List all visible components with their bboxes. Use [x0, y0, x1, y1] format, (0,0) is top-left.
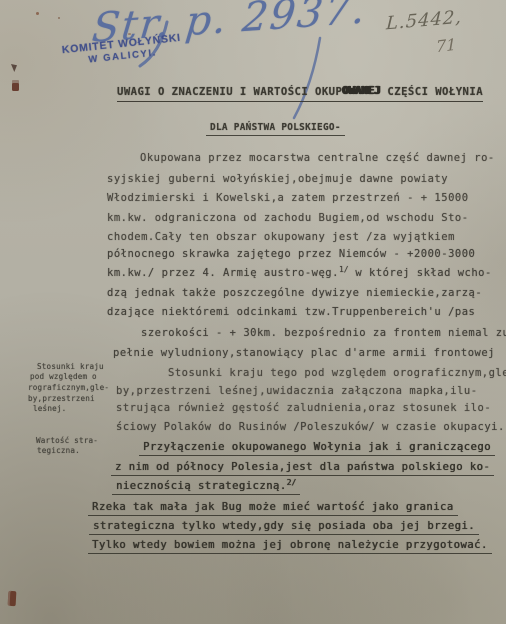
footnote-ref-1: 1/: [339, 265, 349, 274]
margin-note-terrain: rograficznym,gle-: [28, 383, 109, 392]
paper-speck: [128, 33, 131, 35]
archive-mark: [12, 80, 19, 91]
paper-speck: [36, 12, 39, 15]
document-subtitle: DLA PAŃSTWA POLSKIEGO-: [206, 122, 345, 136]
body-line: dzą jednak także poszczególne dywizye ni…: [107, 287, 482, 299]
body-line-underlined: Tylko wtedy bowiem można jej obronę nale…: [88, 539, 492, 554]
body-line: szerokości - + 30km. bezpośrednio za fro…: [141, 327, 506, 339]
body-line: km.kw. odgraniczona od zachodu Bugiem,od…: [107, 212, 469, 224]
title-text: UWAGI O ZNACZENIU I WARTOŚCI OKUP: [117, 86, 342, 98]
body-line: km.kw./ przez 4. Armię austro-węg.1/ w k…: [107, 267, 492, 279]
body-line: północnego skrawka zajętego przez Niemcó…: [107, 248, 475, 260]
margin-note-terrain: by,przestrzeni: [28, 394, 95, 403]
body-line: syjskiej guberni wołyńskiej,obejmuje daw…: [107, 173, 448, 185]
body-line: strująca również gęstość zaludnienia,ora…: [116, 402, 491, 414]
body-line-text: niecznością strategiczną.: [116, 480, 287, 492]
body-line-underlined: Rzeka tak mała jak Bug może mieć wartość…: [88, 501, 458, 516]
margin-note-strategic: Wartość stra-: [36, 436, 98, 445]
body-line: by,przestrzeni leśnej,uwidacznia załączo…: [116, 385, 478, 397]
body-line: Okupowana przez mocarstwa centralne częś…: [140, 152, 495, 164]
handwritten-ref-number: L.5442,: [386, 7, 463, 35]
body-line: Włodzimierski i Kowelski,a zatem przestr…: [107, 192, 469, 204]
body-line-underlined: z nim od północy Polesia,jest dla państw…: [111, 461, 494, 476]
margin-note-terrain: Stosunki kraju: [37, 362, 104, 371]
body-line-underlined: strategiczna tylko wtedy,gdy się posiada…: [89, 520, 479, 535]
margin-note-strategic: tegiczna.: [37, 446, 80, 455]
footnote-ref-2: 2/: [287, 478, 297, 487]
paper-speck: [58, 17, 60, 19]
title-overstruck-text: OWANEJ: [342, 85, 380, 97]
folio-number: 71: [436, 35, 457, 57]
archive-mark: [11, 64, 17, 72]
body-line: dzające niektóremi odcinkami tzw.Truppen…: [107, 306, 475, 318]
body-line-text: w której skład wcho-: [349, 267, 492, 279]
body-line-underlined: Przyłączenie okupowanego Wołynia jak i g…: [139, 441, 495, 456]
body-line-underlined: niecznością strategiczną.2/: [112, 480, 300, 495]
body-line: chodem.Cały ten obszar okupowany jest /z…: [107, 231, 455, 243]
document-title: UWAGI O ZNACZENIU I WARTOŚCI OKUPOWANEJ …: [117, 86, 483, 102]
body-line: pełnie wyludniony,stanowiący plac d'arme…: [113, 347, 495, 359]
archive-mark: [8, 591, 17, 606]
body-line: ściowy Polaków do Rusinów /Poleszuków/ w…: [116, 421, 505, 433]
body-line: Stosunki kraju tego pod względem orograf…: [168, 367, 506, 379]
margin-note-terrain: pod względem o: [30, 372, 97, 381]
margin-note-terrain: leśnej.: [33, 404, 66, 413]
title-text: CZĘŚCI WOŁYNIA: [381, 86, 483, 98]
scanned-document-page: Str. p. 2937. L.5442, 71 KOMITET WOŁYŃSK…: [0, 0, 506, 624]
body-line-text: km.kw./ przez 4. Armię austro-węg.: [107, 267, 339, 279]
